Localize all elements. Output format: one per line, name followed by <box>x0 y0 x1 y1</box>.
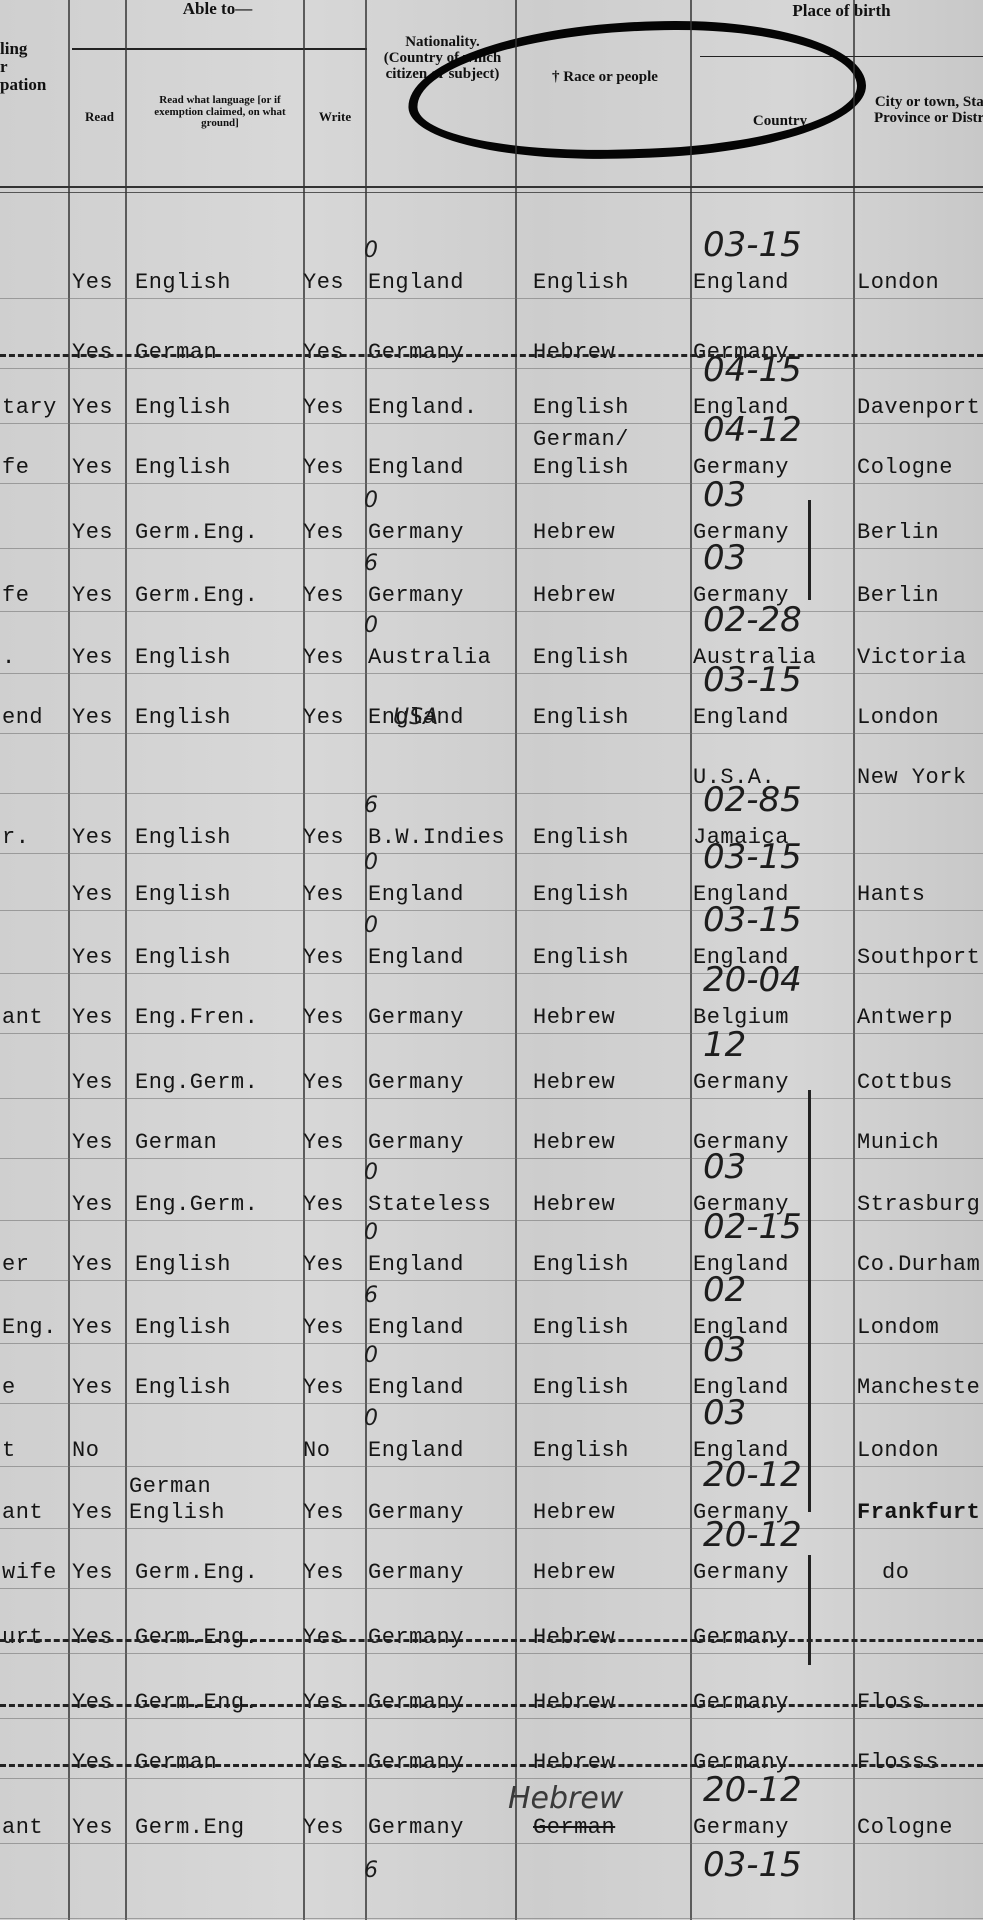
handwritten-country-code: 20-04 <box>703 960 802 1000</box>
cell-race: English <box>533 1438 629 1463</box>
row-rule <box>0 368 983 369</box>
cell-race: English <box>533 1315 629 1340</box>
cell-write: No <box>303 1438 330 1463</box>
handwritten-country-code: 20-12 <box>703 1770 802 1810</box>
cell-language: English <box>135 882 231 907</box>
cell-occupation: er <box>2 1252 29 1277</box>
cell-write: Yes <box>303 882 344 907</box>
handwritten-country-code: 20-12 <box>703 1455 802 1495</box>
cell-write: Yes <box>303 645 344 670</box>
header-read-language: Read what language [or if exemption clai… <box>140 95 300 130</box>
handwritten-bracket-mark <box>808 1555 811 1665</box>
cell-city: Cottbus <box>857 1070 953 1095</box>
cell-race: Hebrew <box>533 1750 615 1775</box>
cell-country: Germany <box>693 1815 789 1840</box>
handwritten-country-code: 02-15 <box>703 1207 802 1247</box>
cell-race: English <box>533 270 629 295</box>
handwritten-country-code: 03 <box>703 1147 746 1187</box>
cell-language: Eng.Germ. <box>135 1192 258 1217</box>
cell-language: English <box>135 705 231 730</box>
cell-race: English <box>533 825 629 850</box>
cell-occupation: t <box>2 1438 16 1463</box>
handwritten-race-correction: Hebrew <box>508 1781 623 1816</box>
cell-language: Germ.Eng. <box>135 520 258 545</box>
row-rule <box>0 1718 983 1719</box>
cell-write: Yes <box>303 1500 344 1525</box>
handwritten-country-code: 03 <box>703 1330 746 1370</box>
cell-write: Yes <box>303 1130 344 1155</box>
cell-race: English <box>533 1252 629 1277</box>
header-rule-able-to <box>72 48 367 50</box>
cell-city: London <box>857 705 939 730</box>
row-rule <box>0 1343 983 1344</box>
row-rule <box>0 1280 983 1281</box>
row-rule <box>0 1588 983 1589</box>
handwritten-nationality-note: 6 <box>364 793 378 818</box>
cell-nationality: Germany <box>368 1690 464 1715</box>
cell-read: Yes <box>72 825 113 850</box>
handwritten-nationality-note: 0 <box>364 1343 378 1368</box>
cell-city: Floss <box>857 1690 926 1715</box>
cell-read: Yes <box>72 1560 113 1585</box>
cell-city: Cologne <box>857 1815 953 1840</box>
cell-occupation: . <box>2 645 16 670</box>
row-rule <box>0 1653 983 1654</box>
cell-city: Strasburg <box>857 1192 980 1217</box>
col-rule <box>365 0 367 1920</box>
handwritten-country-code: 03-15 <box>703 837 802 877</box>
cell-read: Yes <box>72 1070 113 1095</box>
cell-race: English <box>533 395 629 420</box>
cell-city: New York <box>857 765 967 790</box>
handwritten-nationality-note: 0 <box>364 488 378 513</box>
cell-race: Hebrew <box>533 583 615 608</box>
cell-occupation: e <box>2 1375 16 1400</box>
cell-read: Yes <box>72 1500 113 1525</box>
row-rule <box>0 611 983 612</box>
cell-write: Yes <box>303 1625 344 1650</box>
cell-read: Yes <box>72 340 113 365</box>
cell-read: Yes <box>72 1690 113 1715</box>
cell-race: Hebrew <box>533 1005 615 1030</box>
row-rule <box>0 1220 983 1221</box>
cell-race: English <box>533 882 629 907</box>
cell-nationality: Germany <box>368 583 464 608</box>
cell-race: Hebrew <box>533 1560 615 1585</box>
cell-city: Munich <box>857 1130 939 1155</box>
cell-read: Yes <box>72 1005 113 1030</box>
cell-occupation: wife <box>2 1560 57 1585</box>
cell-country: Germany <box>693 1690 789 1715</box>
cell-read: Yes <box>72 1750 113 1775</box>
handwritten-nationality-note: 0 <box>364 1220 378 1245</box>
cell-city: Victoria <box>857 645 967 670</box>
cell-language: English <box>135 270 231 295</box>
cell-read: Yes <box>72 1252 113 1277</box>
cell-read: Yes <box>72 1375 113 1400</box>
cell-city: Co.Durham <box>857 1252 980 1277</box>
cell-occupation: ant <box>2 1815 43 1840</box>
cell-write: Yes <box>303 455 344 480</box>
cell-nationality: Germany <box>368 1625 464 1650</box>
row-rule <box>0 673 983 674</box>
cell-race: English <box>533 945 629 970</box>
cell-write: Yes <box>303 1690 344 1715</box>
cell-write: Yes <box>303 705 344 730</box>
handwritten-country-code: 03 <box>703 475 746 515</box>
cell-race: English <box>533 645 629 670</box>
cell-nationality: Germany <box>368 1560 464 1585</box>
cell-write: Yes <box>303 395 344 420</box>
cell-write: Yes <box>303 1560 344 1585</box>
cell-race: Hebrew <box>533 340 615 365</box>
handwritten-nationality-note: 6 <box>364 1858 378 1883</box>
cell-read: Yes <box>72 1192 113 1217</box>
cell-language: German <box>135 1130 217 1155</box>
cell-city: Antwerp <box>857 1005 953 1030</box>
cell-city: Berlin <box>857 520 939 545</box>
cell-city: do <box>882 1560 909 1585</box>
handwritten-bracket-mark <box>808 500 811 600</box>
cell-city: Southport <box>857 945 980 970</box>
cell-nationality: England <box>368 270 464 295</box>
cell-race: Hebrew <box>533 1500 615 1525</box>
col-rule <box>125 0 127 1920</box>
cell-read: Yes <box>72 520 113 545</box>
handwritten-nationality-note: 6 <box>364 551 378 576</box>
strike-through-dashes <box>0 1764 983 1767</box>
cell-write: Yes <box>303 1252 344 1277</box>
row-rule <box>0 853 983 854</box>
header-occupation-partial: lingrpation <box>0 40 50 94</box>
cell-nationality: Germany <box>368 1750 464 1775</box>
cell-read: Yes <box>72 945 113 970</box>
handwritten-country-code: 04-15 <box>703 350 802 390</box>
strike-through-dashes <box>0 1639 983 1642</box>
cell-language: German <box>135 340 217 365</box>
cell-write: Yes <box>303 945 344 970</box>
row-rule <box>0 733 983 734</box>
col-rule <box>853 0 855 1920</box>
cell-country: Germany <box>693 1625 789 1650</box>
cell-nationality: England <box>368 882 464 907</box>
cell-language: Germ.Eng <box>135 1815 245 1840</box>
cell-write: Yes <box>303 825 344 850</box>
cell-nationality: Germany <box>368 1500 464 1525</box>
row-rule <box>0 1033 983 1034</box>
cell-race: Hebrew <box>533 1690 615 1715</box>
cell-city: Manchester <box>857 1375 983 1400</box>
cell-language: Germ.Eng. <box>135 583 258 608</box>
cell-occupation: ant <box>2 1005 43 1030</box>
cell-read: Yes <box>72 270 113 295</box>
cell-race: English <box>533 1375 629 1400</box>
cell-nationality: Germany <box>368 340 464 365</box>
row-rule <box>0 1403 983 1404</box>
cell-language: English <box>135 1375 231 1400</box>
cell-city: Cologne <box>857 455 953 480</box>
cell-city: London <box>857 1438 939 1463</box>
cell-language: English <box>135 455 231 480</box>
cell-write: Yes <box>303 1005 344 1030</box>
cell-race: German/ <box>533 427 629 452</box>
cell-write: Yes <box>303 1815 344 1840</box>
cell-read: Yes <box>72 1815 113 1840</box>
cell-nationality: England <box>368 455 464 480</box>
row-rule <box>0 1098 983 1099</box>
handwritten-country-code: 02-85 <box>703 780 802 820</box>
cell-city: Flosss <box>857 1750 939 1775</box>
cell-country: England <box>693 705 789 730</box>
handwritten-nationality-note: USA <box>393 705 438 730</box>
cell-nationality: Germany <box>368 1070 464 1095</box>
cell-language: English <box>135 395 231 420</box>
cell-read: Yes <box>72 583 113 608</box>
cell-language: Germ.Eng. <box>135 1560 258 1585</box>
cell-race: Hebrew <box>533 1192 615 1217</box>
col-rule <box>690 0 692 1920</box>
handwritten-country-code: 03-15 <box>703 225 802 265</box>
cell-write: Yes <box>303 520 344 545</box>
row-rule <box>0 1466 983 1467</box>
handwritten-country-code: 03-15 <box>703 900 802 940</box>
cell-language: Germ.Eng. <box>135 1625 258 1650</box>
row-rule <box>0 1528 983 1529</box>
cell-read: Yes <box>72 1625 113 1650</box>
header-write: Write <box>305 110 365 124</box>
cell-language: English <box>129 1500 225 1525</box>
cell-city: Hants <box>857 882 926 907</box>
cell-occupation: fe <box>2 583 29 608</box>
cell-nationality: Stateless <box>368 1192 491 1217</box>
cell-city: Londom <box>857 1315 939 1340</box>
cell-write: Yes <box>303 1192 344 1217</box>
cell-nationality: England <box>368 1438 464 1463</box>
handwritten-country-code: 03-15 <box>703 660 802 700</box>
cell-nationality: England. <box>368 395 478 420</box>
cell-read: Yes <box>72 1315 113 1340</box>
handwritten-country-code: 20-12 <box>703 1515 802 1555</box>
cell-occupation: tary <box>2 395 57 420</box>
handwritten-country-code: 02-28 <box>703 600 802 640</box>
cell-write: Yes <box>303 340 344 365</box>
handwritten-country-code: 02 <box>703 1270 746 1310</box>
handwritten-nationality-note: 0 <box>364 1406 378 1431</box>
cell-nationality: Germany <box>368 1130 464 1155</box>
cell-write: Yes <box>303 1750 344 1775</box>
cell-read: Yes <box>72 455 113 480</box>
cell-read: Yes <box>72 705 113 730</box>
cell-write: Yes <box>303 1070 344 1095</box>
cell-race: English <box>533 705 629 730</box>
cell-nationality: England <box>368 1252 464 1277</box>
cell-occupation: Eng. <box>2 1315 57 1340</box>
handwritten-nationality-note: 0 <box>364 613 378 638</box>
row-rule <box>0 910 983 911</box>
row-rule <box>0 423 983 424</box>
cell-race: Hebrew <box>533 1130 615 1155</box>
col-rule <box>68 0 70 1920</box>
cell-nationality: Germany <box>368 1815 464 1840</box>
row-rule <box>0 1918 983 1919</box>
cell-language: English <box>135 945 231 970</box>
handwritten-country-code: 03-15 <box>703 1845 802 1885</box>
cell-language: English <box>135 645 231 670</box>
cell-language: German <box>135 1750 217 1775</box>
cell-language: English <box>135 825 231 850</box>
cell-nationality: England <box>368 1375 464 1400</box>
cell-occupation: end <box>2 705 43 730</box>
cell-race: Hebrew <box>533 520 615 545</box>
cell-write: Yes <box>303 270 344 295</box>
cell-nationality: Germany <box>368 520 464 545</box>
cell-country: Germany <box>693 1070 789 1095</box>
header-bottom-rule <box>0 186 983 193</box>
cell-write: Yes <box>303 1315 344 1340</box>
cell-language: English <box>135 1252 231 1277</box>
handwritten-country-code: 03 <box>703 1393 746 1433</box>
cell-language: Eng.Fren. <box>135 1005 258 1030</box>
cell-read: Yes <box>72 395 113 420</box>
cell-country: Germany <box>693 1560 789 1585</box>
cell-nationality: B.W.Indies <box>368 825 505 850</box>
cell-race: English <box>533 455 629 480</box>
row-rule <box>0 483 983 484</box>
cell-language: Eng.Germ. <box>135 1070 258 1095</box>
cell-read: Yes <box>72 882 113 907</box>
handwritten-country-code: 12 <box>703 1025 746 1065</box>
row-rule <box>0 793 983 794</box>
row-rule <box>0 1158 983 1159</box>
row-rule <box>0 1778 983 1779</box>
row-rule <box>0 548 983 549</box>
cell-language: English <box>135 1315 231 1340</box>
manifest-page: lingrpation Able to— Read Read what lang… <box>0 0 983 1920</box>
cell-city: Frankfurt <box>857 1500 980 1525</box>
cell-read: Yes <box>72 645 113 670</box>
cell-nationality: England <box>368 945 464 970</box>
header-able-to: Able to— <box>70 0 365 18</box>
row-rule <box>0 973 983 974</box>
row-rule <box>0 1843 983 1844</box>
col-rule <box>515 0 517 1920</box>
cell-occupation: fe <box>2 455 29 480</box>
cell-read: Yes <box>72 1130 113 1155</box>
cell-language: German <box>129 1474 211 1499</box>
cell-race: Hebrew <box>533 1070 615 1095</box>
row-rule <box>0 298 983 299</box>
cell-city: London <box>857 270 939 295</box>
handwritten-country-code: 03 <box>703 538 746 578</box>
handwritten-nationality-note: 0 <box>364 850 378 875</box>
cell-nationality: Australia <box>368 645 491 670</box>
cell-race: Hebrew <box>533 1625 615 1650</box>
handwritten-nationality-note: 0 <box>364 913 378 938</box>
strike-through-dashes <box>0 1704 983 1707</box>
handwritten-nationality-note: 0 <box>364 1160 378 1185</box>
cell-read: No <box>72 1438 99 1463</box>
cell-country: England <box>693 270 789 295</box>
handwritten-bracket-mark <box>808 1312 811 1512</box>
cell-write: Yes <box>303 1375 344 1400</box>
cell-city: Berlin <box>857 583 939 608</box>
cell-occupation: r. <box>2 825 29 850</box>
cell-race: German <box>533 1815 615 1840</box>
cell-write: Yes <box>303 583 344 608</box>
header-city: City or town, State, Province or Distric… <box>862 95 983 127</box>
cell-occupation: ant <box>2 1500 43 1525</box>
strike-through-dashes <box>0 354 983 357</box>
header-read: Read <box>72 110 127 124</box>
header-place-of-birth: Place of birth <box>700 2 983 20</box>
handwritten-country-code: 04-12 <box>703 410 802 450</box>
handwritten-nationality-note: 0 <box>364 238 378 263</box>
cell-city: Davenport <box>857 395 980 420</box>
handwritten-nationality-note: 6 <box>364 1283 378 1308</box>
cell-nationality: Germany <box>368 1005 464 1030</box>
cell-nationality: England <box>368 1315 464 1340</box>
cell-occupation: urt <box>2 1625 43 1650</box>
cell-language: Germ.Eng. <box>135 1690 258 1715</box>
